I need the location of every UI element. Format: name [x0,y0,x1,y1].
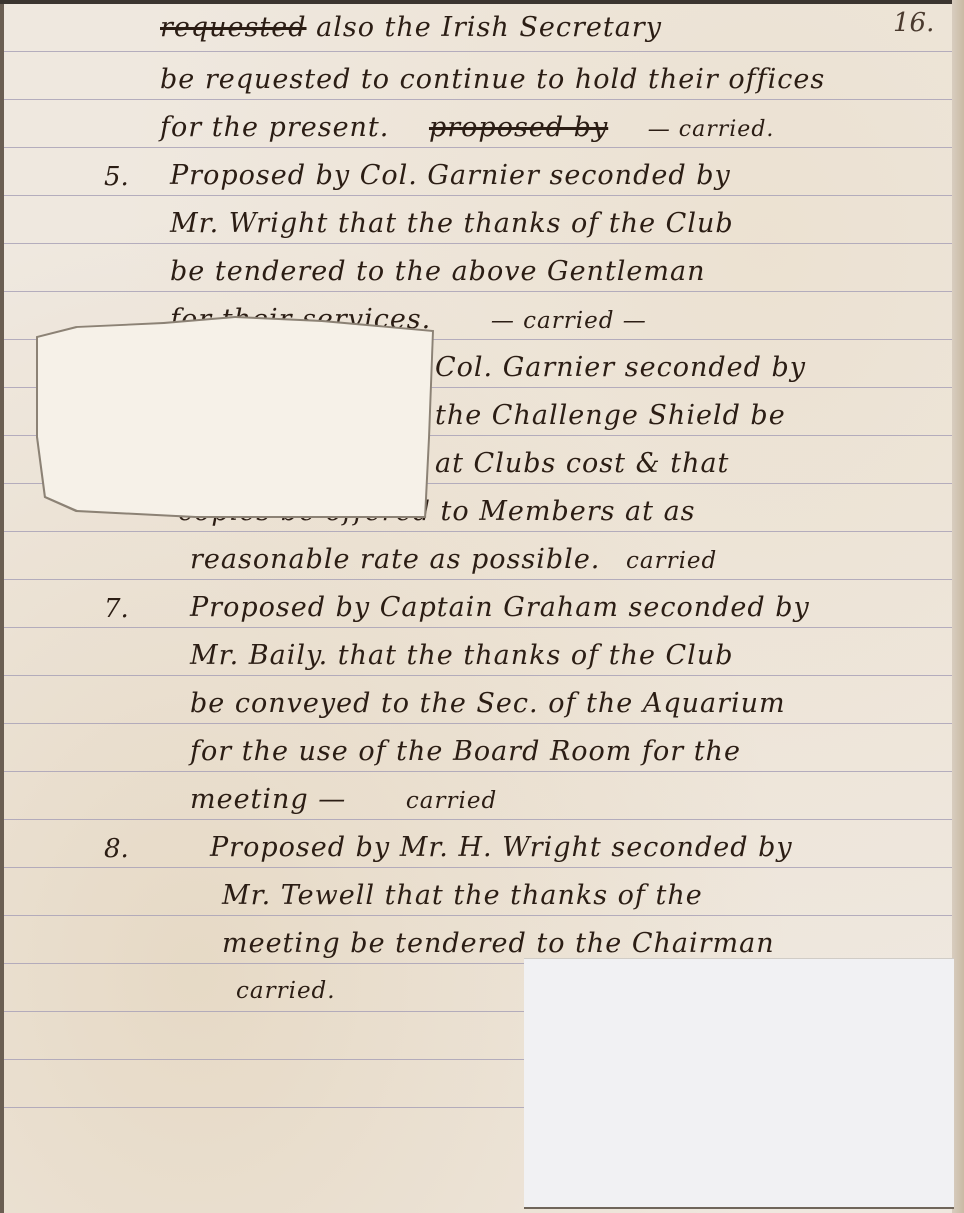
text-line-21: carried. [236,980,336,1003]
ruled-line [4,243,956,244]
struck-word: requested [160,12,307,43]
ruled-line [4,291,956,292]
ruled-line [4,771,956,772]
line-text: also the Irish Secretary [316,12,662,43]
ruled-line [4,723,956,724]
carried-note: carried [406,788,497,814]
carried-note: carried [626,548,717,574]
text-line-15: be conveyed to the Sec. of the Aquarium [190,690,786,717]
ruled-line [4,531,956,532]
ruled-line [4,675,956,676]
ruled-line [4,579,956,580]
text-line-6: be tendered to the above Gentleman [170,258,706,285]
text-line-2: be requested to continue to hold their o… [160,66,825,93]
item-number: 5. [104,162,129,192]
item-number: 7. [104,594,129,624]
line-text: for the present. [160,112,389,143]
text-line-9: the Challenge Shield be [435,402,786,429]
text-line-5: Mr. Wright that the thanks of the Club [170,210,734,237]
text-line-20: meeting be tendered to the Chairman [222,930,775,957]
line-text: reasonable rate as possible. [190,544,600,575]
text-line-19: Mr. Tewell that the thanks of the [222,882,703,909]
carried-note: — carried. [648,117,775,142]
ruled-line [4,147,956,148]
item-number: 8. [104,834,129,864]
ruled-line [4,867,956,868]
text-line-17: meeting — carried [190,786,497,813]
ruled-line [4,819,956,820]
text-line-8: Col. Garnier seconded by [435,354,806,381]
text-line-4: Proposed by Col. Garnier seconded by [170,162,731,189]
ruled-line [4,195,956,196]
text-line-10: at Clubs cost & that [435,450,729,477]
carried-note: — carried — [491,308,647,334]
ruled-line [4,915,956,916]
text-line-18: Proposed by Mr. H. Wright seconded by [210,834,793,861]
text-line-1: requested also the Irish Secretary [160,14,662,41]
line-text: meeting — [190,784,346,815]
ruled-line [4,99,956,100]
text-line-13: Proposed by Captain Graham seconded by [190,594,810,621]
text-line-12: reasonable rate as possible. carried [190,546,717,573]
ruled-line [4,627,956,628]
repair-patch-bottom-right [524,958,954,1209]
text-line-14: Mr. Baily. that the thanks of the Club [190,642,734,669]
page-number: 16. [893,8,934,38]
ruled-line [4,51,956,52]
struck-phrase: proposed by [429,112,608,143]
text-line-3: for the present. proposed by — carried. [160,114,774,141]
repair-patch-left [38,318,432,516]
text-line-16: for the use of the Board Room for the [190,738,741,765]
